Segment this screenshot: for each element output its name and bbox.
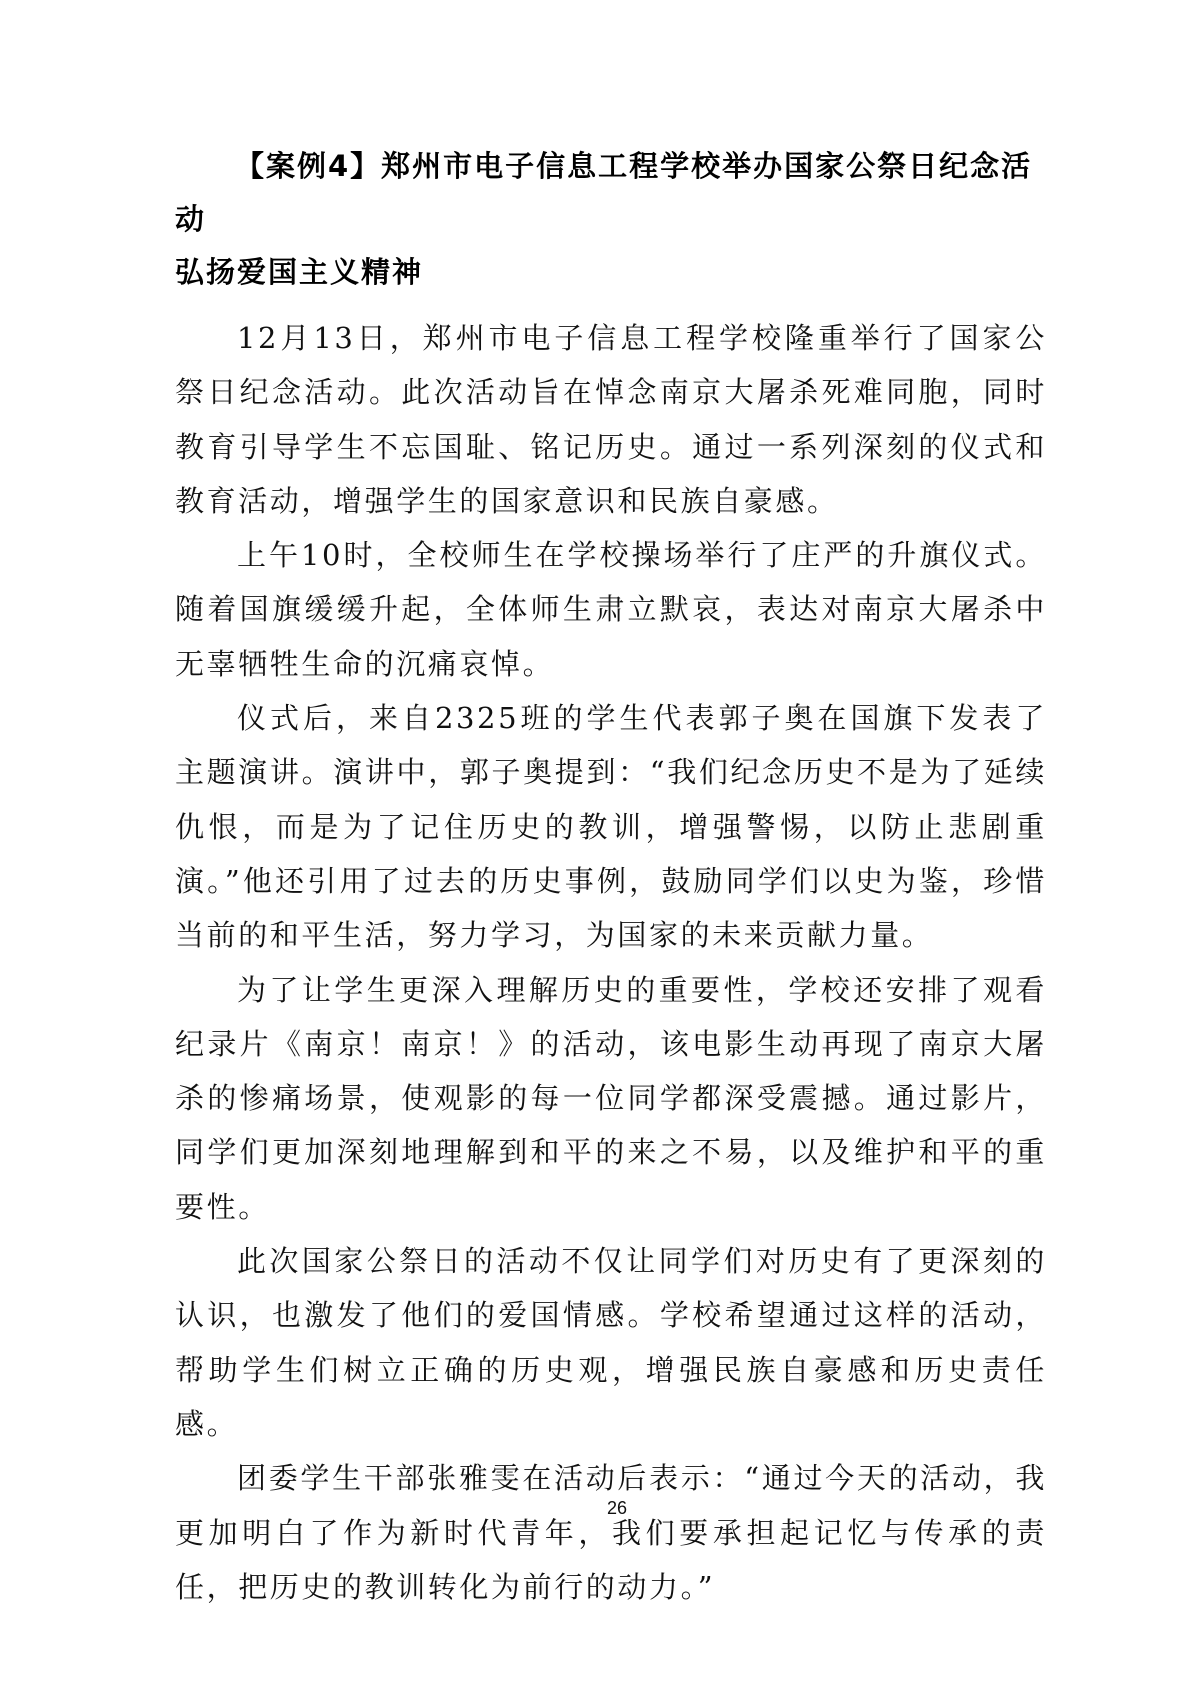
paragraph-summary: 此次国家公祭日的活动不仅让同学们对历史有了更深刻的认识，也激发了他们的爱国情感。… bbox=[175, 1234, 1047, 1451]
document-page: 【案例4】郑州市电子信息工程学校举办国家公祭日纪念活动 弘扬爱国主义精神 12月… bbox=[175, 140, 1047, 1614]
article-body: 12月13日，郑州市电子信息工程学校隆重举行了国家公祭日纪念活动。此次活动旨在悼… bbox=[175, 311, 1047, 1614]
case-title-line-1: 【案例4】郑州市电子信息工程学校举办国家公祭日纪念活动 bbox=[175, 140, 1047, 246]
case-title-line-2: 弘扬爱国主义精神 bbox=[175, 246, 1047, 299]
paragraph-date-intro: 12月13日，郑州市电子信息工程学校隆重举行了国家公祭日纪念活动。此次活动旨在悼… bbox=[175, 311, 1047, 528]
paragraph-flag-ceremony: 上午10时，全校师生在学校操场举行了庄严的升旗仪式。随着国旗缓缓升起，全体师生肃… bbox=[175, 528, 1047, 691]
case-title: 【案例4】郑州市电子信息工程学校举办国家公祭日纪念活动 弘扬爱国主义精神 bbox=[175, 140, 1047, 299]
paragraph-student-speech: 仪式后，来自2325班的学生代表郭子奥在国旗下发表了主题演讲。演讲中，郭子奥提到… bbox=[175, 691, 1047, 962]
paragraph-student-quote: 团委学生干部张雅雯在活动后表示：“通过今天的活动，我更加明白了作为新时代青年，我… bbox=[175, 1451, 1047, 1614]
paragraph-documentary: 为了让学生更深入理解历史的重要性，学校还安排了观看纪录片《南京！南京！》的活动，… bbox=[175, 963, 1047, 1234]
page-number: 26 bbox=[0, 1498, 1191, 1519]
